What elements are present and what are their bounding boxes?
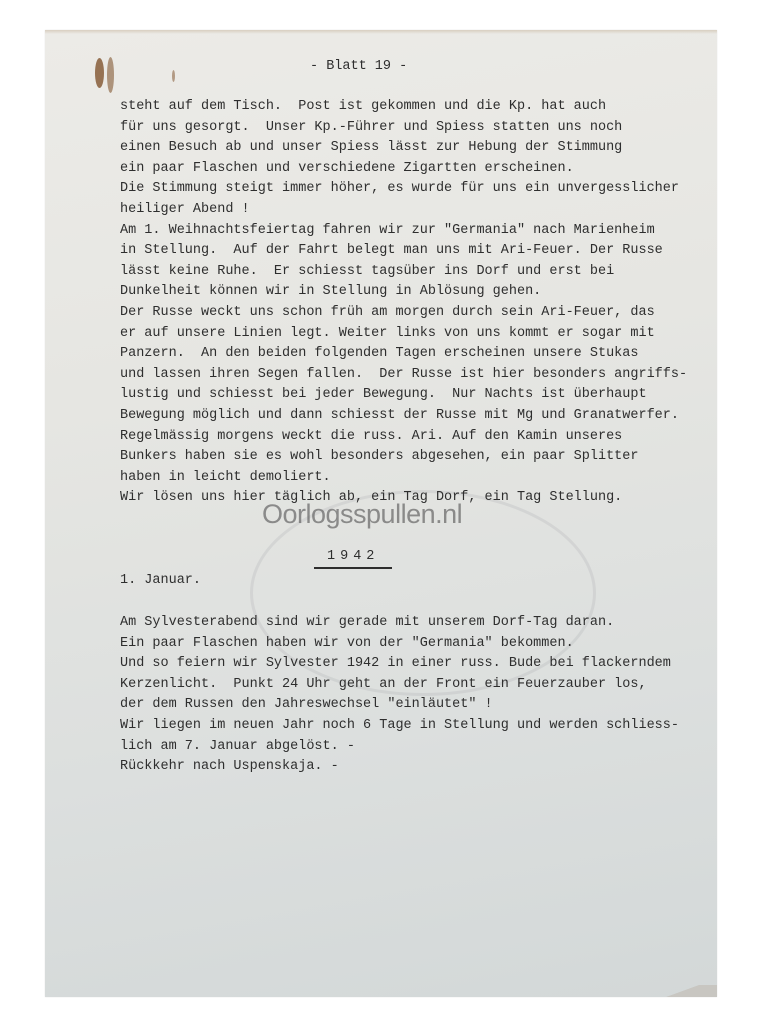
text-line: Am Sylvesterabend sind wir gerade mit un… xyxy=(120,615,614,631)
text-line: in Stellung. Auf der Fahrt belegt man un… xyxy=(120,243,663,259)
text-line: und lassen ihren Segen fallen. Der Russe… xyxy=(120,367,687,383)
text-line: lustig und schiesst bei jeder Bewegung. … xyxy=(120,387,647,403)
rust-stain xyxy=(172,70,175,82)
text-line: heiliger Abend ! xyxy=(120,202,250,218)
text-line: Der Russe weckt uns schon früh am morgen… xyxy=(120,305,655,321)
paper-top-edge xyxy=(45,30,717,34)
text-line: für uns gesorgt. Unser Kp.-Führer und Sp… xyxy=(120,120,622,136)
text-line: Wir liegen im neuen Jahr noch 6 Tage in … xyxy=(120,718,679,734)
text-line: Bunkers haben sie es wohl besonders abge… xyxy=(120,449,638,465)
text-line: ein paar Flaschen und verschiedene Zigar… xyxy=(120,161,574,177)
text-line: Die Stimmung steigt immer höher, es wurd… xyxy=(120,181,679,197)
text-line: Und so feiern wir Sylvester 1942 in eine… xyxy=(120,656,671,672)
text-line: Am 1. Weihnachtsfeiertag fahren wir zur … xyxy=(120,223,655,239)
text-line: Ein paar Flaschen haben wir von der "Ger… xyxy=(120,636,574,652)
text-line: Panzern. An den beiden folgenden Tagen e… xyxy=(120,346,638,362)
rust-stain xyxy=(95,58,104,88)
text-line: steht auf dem Tisch. Post ist gekommen u… xyxy=(120,99,606,115)
text-line: Dunkelheit können wir in Stellung in Abl… xyxy=(120,284,541,300)
text-line: haben in leicht demoliert. xyxy=(120,470,331,486)
folded-corner xyxy=(647,985,717,997)
text-line: lich am 7. Januar abgelöst. - xyxy=(120,739,355,755)
page-header: - Blatt 19 - xyxy=(310,59,407,74)
text-line: lässt keine Ruhe. Er schiesst tagsüber i… xyxy=(120,264,614,280)
text-line: der dem Russen den Jahreswechsel "einläu… xyxy=(120,697,493,713)
text-line: Regelmässig morgens weckt die russ. Ari.… xyxy=(120,429,622,445)
text-line: er auf unsere Linien legt. Weiter links … xyxy=(120,326,655,342)
text-line: Bewegung möglich und dann schiesst der R… xyxy=(120,408,679,424)
text-line: einen Besuch ab und unser Spiess lässt z… xyxy=(120,140,622,156)
text-line: Kerzenlicht. Punkt 24 Uhr geht an der Fr… xyxy=(120,677,647,693)
year-underline xyxy=(314,567,392,569)
year-heading: 1942 xyxy=(327,549,379,564)
watermark: Oorlogsspullen.nl xyxy=(262,499,462,530)
rust-stain xyxy=(107,57,114,93)
text-line: Rückkehr nach Uspenskaja. - xyxy=(120,759,339,775)
date-line: 1. Januar. xyxy=(120,573,201,589)
